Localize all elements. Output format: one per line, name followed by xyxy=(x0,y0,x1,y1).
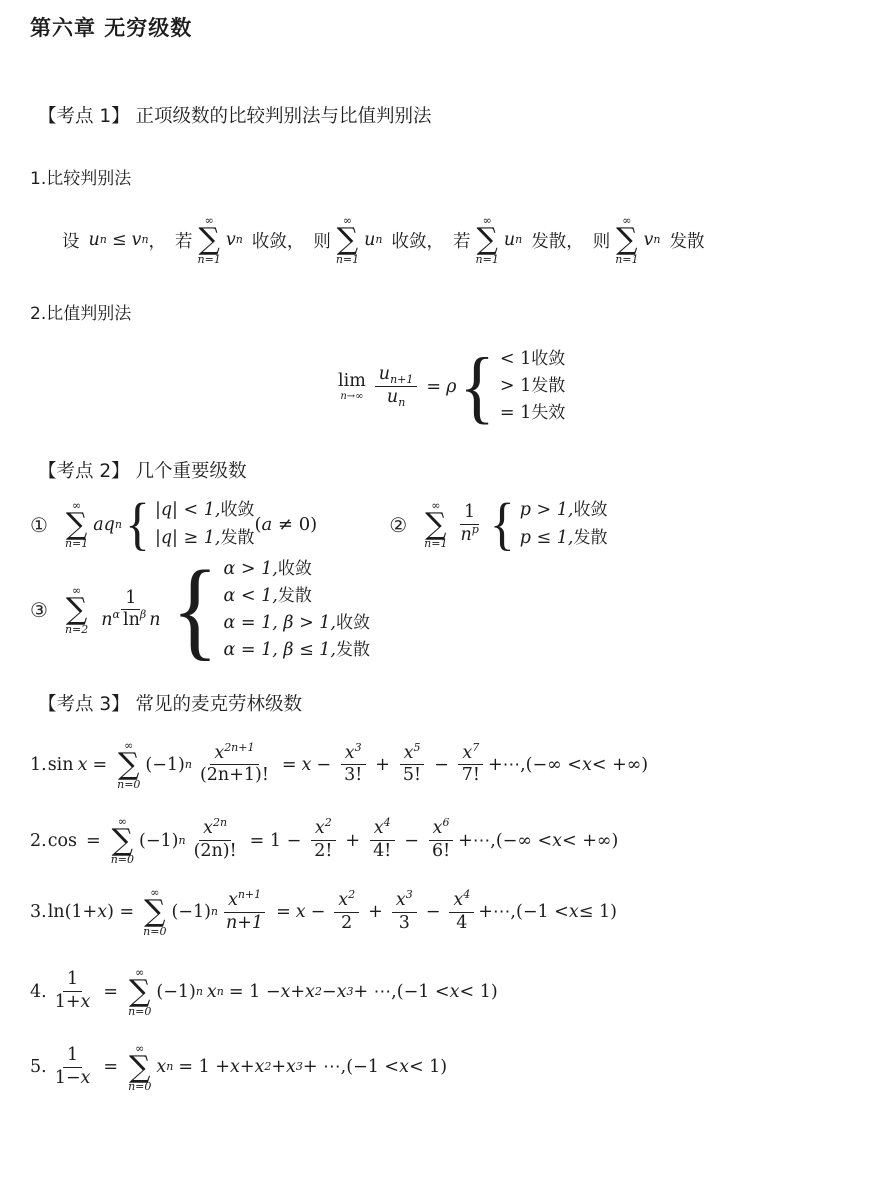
math-sup: 2 xyxy=(348,888,355,901)
math-token: 则 xyxy=(593,228,611,253)
maclaurin-line-1: 1. sin x = ∞ ∑ n=0 (−1)n x2n+1 (2n+1)! =… xyxy=(30,740,840,790)
math-sup: 2n+1 xyxy=(224,741,254,754)
sigma-symbol: ∑ xyxy=(118,751,139,779)
math-token: x xyxy=(81,992,91,1012)
math-token: (−∞ < xyxy=(526,755,582,775)
sigma-symbol: ∑ xyxy=(198,226,219,254)
summation: ∞ ∑ n=2 xyxy=(65,585,88,635)
circled-number-3: ③ xyxy=(30,598,48,622)
sum-lower: n=2 xyxy=(65,624,88,635)
math-token: a xyxy=(261,514,272,535)
sum-lower: n=1 xyxy=(336,254,359,265)
math-token: 收敛 xyxy=(573,500,607,520)
summation: ∞ ∑ n=1 xyxy=(65,500,88,550)
page-title: 第六章 无穷级数 xyxy=(30,12,840,42)
case-line: > 1发散 xyxy=(500,373,565,400)
math-token: = 1 − xyxy=(229,982,281,1002)
math-token: (−1 < xyxy=(346,1057,399,1077)
math-token: x xyxy=(315,818,325,838)
math-token: = xyxy=(282,755,297,775)
fraction: x2n (2n)! xyxy=(190,818,241,863)
circled-number-2: ② xyxy=(389,513,407,537)
math-token: = xyxy=(103,1057,118,1077)
fraction-denominator: (2n+1)! xyxy=(196,765,273,787)
lim-symbol: lim xyxy=(338,372,366,391)
math-token: x xyxy=(286,1057,296,1077)
line-label: 2. xyxy=(30,831,47,851)
limit: lim n→∞ xyxy=(338,372,366,402)
math-token: 若 xyxy=(175,228,193,253)
math-token: = xyxy=(426,377,441,397)
math-token: x xyxy=(254,1057,264,1077)
math-token: x xyxy=(305,982,315,1002)
summation: ∞ ∑ n=0 xyxy=(128,967,151,1017)
math-token: + ⋯, xyxy=(303,1057,346,1077)
sum-lower: n=0 xyxy=(143,926,166,937)
summation: ∞ ∑ n=1 xyxy=(476,215,499,265)
line-label: 4. xyxy=(30,982,47,1002)
fraction: 1 np xyxy=(456,502,482,547)
sum-lower: n=1 xyxy=(198,254,221,265)
case-line: α = 1, β ≤ 1,发散 xyxy=(224,637,370,664)
math-token: α > 1, xyxy=(224,559,278,579)
math-token: < +∞) xyxy=(592,755,648,775)
sigma-symbol: ∑ xyxy=(129,978,150,1006)
fraction-numerator: 1 xyxy=(63,969,82,992)
math-token: = xyxy=(86,831,101,851)
math-sup: β xyxy=(140,608,146,621)
math-token: ) = xyxy=(107,902,134,922)
fraction: x4 4 xyxy=(449,890,474,935)
maclaurin-line-3: 3. ln(1+x) = ∞ ∑ n=0 (−1)n xn+1 n+1 = x … xyxy=(30,887,840,937)
math-sup: 4 xyxy=(463,888,470,901)
math-token: x xyxy=(453,890,463,910)
math-token: 发散 xyxy=(531,376,565,396)
math-token: x xyxy=(97,902,107,922)
math-token: x xyxy=(569,902,579,922)
case-line: α < 1,发散 xyxy=(224,583,370,610)
fraction: x2n+1 (2n+1)! xyxy=(196,743,273,788)
math-token: x xyxy=(345,743,355,763)
math-token: ln xyxy=(123,610,140,630)
math-token: x xyxy=(404,743,414,763)
math-token: 收敛 xyxy=(531,349,565,369)
math-token: − xyxy=(426,902,441,922)
sigma-symbol: ∑ xyxy=(476,226,497,254)
case-line: |q| < 1,收敛 xyxy=(155,497,254,524)
math-token: (−1) xyxy=(156,982,195,1002)
important-series-row: ① ∞ ∑ n=1 aqn { |q| < 1,收敛 |q| ≥ 1,发散 (a… xyxy=(30,497,840,551)
math-token: = 1 xyxy=(500,403,531,423)
math-token: + xyxy=(375,755,390,775)
fraction-denominator: 3! xyxy=(340,765,366,787)
math-token: n xyxy=(101,610,112,630)
math-token: 则 xyxy=(313,228,331,253)
math-token: α < 1, xyxy=(224,586,278,606)
case-line: p > 1,收敛 xyxy=(520,497,608,524)
cases-group: { |q| < 1,收敛 |q| ≥ 1,发散 xyxy=(125,497,254,551)
math-token: 1− xyxy=(55,1068,81,1088)
math-token: ≠ 0) xyxy=(272,514,317,535)
sum-lower: n=0 xyxy=(111,854,134,865)
condition-group: (a ≠ 0) xyxy=(254,514,317,535)
line-label: 1. xyxy=(30,755,47,775)
math-token: 发散 xyxy=(220,528,254,548)
fraction-denominator: 2 xyxy=(337,913,356,935)
math-token: p ≤ 1, xyxy=(520,528,574,548)
math-token: x xyxy=(399,1057,409,1077)
fraction-numerator: x2n+1 xyxy=(210,743,258,766)
case-line: α > 1,收敛 xyxy=(224,556,370,583)
math-token: +⋯, xyxy=(488,755,526,775)
fraction: xn+1 n+1 xyxy=(222,890,267,935)
fraction-numerator: x3 xyxy=(341,743,366,766)
summation: ∞ ∑ n=1 xyxy=(424,500,447,550)
math-sub: n+1 xyxy=(390,373,413,386)
fraction-numerator: x5 xyxy=(400,743,425,766)
math-token: α = 1, β ≤ 1, xyxy=(224,640,336,660)
cases-lines: < 1收敛 > 1发散 = 1失效 xyxy=(500,346,565,427)
math-token: x xyxy=(78,755,88,775)
math-token: − xyxy=(322,982,337,1002)
fraction-denominator: 5! xyxy=(399,765,425,787)
maclaurin-line-2: 2. cos = ∞ ∑ n=0 (−1)n x2n (2n)! = 1 − x… xyxy=(30,816,840,866)
math-token: |q| ≥ 1, xyxy=(155,528,220,548)
summation: ∞ ∑ n=0 xyxy=(117,740,140,790)
fraction-denominator: n+1 xyxy=(222,913,267,935)
math-token: n xyxy=(149,610,160,630)
sigma-symbol: ∑ xyxy=(337,226,358,254)
fraction-denominator: 1+x xyxy=(51,992,95,1014)
math-token: = xyxy=(103,982,118,1002)
math-token: − xyxy=(404,831,419,851)
math-token: x xyxy=(230,1057,240,1077)
math-token: x xyxy=(81,1068,91,1088)
math-token: + xyxy=(271,1057,286,1077)
math-token: 发散 xyxy=(573,528,607,548)
math-sup: 7 xyxy=(472,741,479,754)
section-heading-1: 【考点 1】 正项级数的比较判别法与比值判别法 xyxy=(38,102,840,128)
cases-group: { α > 1,收敛 α < 1,发散 α = 1, β > 1,收敛 α = … xyxy=(171,556,370,665)
fraction: x3 3! xyxy=(340,743,366,788)
math-token: 收敛， xyxy=(392,228,445,253)
math-sub: n xyxy=(398,396,405,409)
summation: ∞ ∑ n=0 xyxy=(143,887,166,937)
sum-lower: n=0 xyxy=(128,1006,151,1017)
math-token: aq xyxy=(93,515,115,535)
fraction-denominator: 6! xyxy=(428,841,454,863)
fraction-numerator: un+1 xyxy=(375,364,418,387)
cases-lines: p > 1,收敛 p ≤ 1,发散 xyxy=(520,497,608,551)
math-token: x xyxy=(337,982,347,1002)
math-token: 收敛 xyxy=(220,500,254,520)
sum-lower: n=1 xyxy=(424,538,447,549)
math-token: x xyxy=(582,755,592,775)
math-sup: 2 xyxy=(325,816,332,829)
cases-group: { p > 1,收敛 p ≤ 1,发散 xyxy=(490,497,608,551)
math-token: v xyxy=(132,230,142,250)
math-sup: 3 xyxy=(355,741,362,754)
fraction-numerator: x2 xyxy=(311,818,336,841)
sigma-symbol: ∑ xyxy=(425,511,446,539)
math-token: < 1) xyxy=(409,1057,447,1077)
fraction: 1 nαlnβn xyxy=(97,588,164,633)
math-token: − xyxy=(316,755,331,775)
fraction: x5 5! xyxy=(399,743,425,788)
subheading-ratio-test: 2.比值判别法 xyxy=(30,299,840,324)
math-token: 设 xyxy=(62,228,80,253)
math-token: ρ xyxy=(446,377,456,397)
document-page: 第六章 无穷级数 【考点 1】 正项级数的比较判别法与比值判别法 1.比较判别法… xyxy=(0,0,880,1092)
math-token: x xyxy=(207,982,217,1002)
fraction-denominator: np xyxy=(456,525,482,547)
series-item-3: ③ ∞ ∑ n=2 1 nαlnβn { α > 1,收敛 α < 1,发散 α… xyxy=(30,556,840,665)
comparison-test-formula: 设 un ≤ vn ， 若 ∞ ∑ n=1 vn 收敛， 则 ∞ ∑ n=1 u… xyxy=(30,207,840,273)
sum-lower: n=1 xyxy=(65,538,88,549)
fraction: x7 7! xyxy=(458,743,484,788)
math-token: ln(1+ xyxy=(48,902,98,922)
math-sup: 2n xyxy=(213,816,227,829)
math-token: 发散 xyxy=(336,640,370,660)
math-token: x xyxy=(203,818,213,838)
maclaurin-line-4: 4. 1 1+x = ∞ ∑ n=0 (−1)n xn = 1 − x + x2… xyxy=(30,967,840,1017)
math-token: + xyxy=(368,902,383,922)
fraction-denominator: nαlnβn xyxy=(97,610,164,632)
math-token: 发散 xyxy=(670,228,705,253)
math-token: x xyxy=(280,982,290,1002)
math-token: x xyxy=(156,1057,166,1077)
math-sup: 3 xyxy=(406,888,413,901)
cases-group: { < 1收敛 > 1发散 = 1失效 xyxy=(459,346,565,427)
fraction: 1 1+x xyxy=(51,969,95,1014)
math-token: − xyxy=(434,755,449,775)
cases-lines: α > 1,收敛 α < 1,发散 α = 1, β > 1,收敛 α = 1,… xyxy=(224,556,370,665)
fraction-numerator: 1 xyxy=(121,588,140,611)
math-token: 1+ xyxy=(55,992,81,1012)
fraction-numerator: xn+1 xyxy=(224,890,265,913)
lim-subscript: n→∞ xyxy=(340,391,363,402)
math-token: + xyxy=(345,831,360,851)
math-token: v xyxy=(226,230,236,250)
math-token: x xyxy=(214,743,224,763)
math-sup: 6 xyxy=(442,816,449,829)
math-token: (−1) xyxy=(171,902,210,922)
math-token: 失效 xyxy=(531,403,565,423)
fraction-denominator: 3 xyxy=(395,913,414,935)
math-token: x xyxy=(462,743,472,763)
series-item-2: ② ∞ ∑ n=1 1 np { p > 1,收敛 p ≤ 1,发散 xyxy=(389,497,607,551)
case-line: |q| ≥ 1,发散 xyxy=(155,525,254,552)
math-token: x xyxy=(450,982,460,1002)
math-token: (−1 < xyxy=(397,982,450,1002)
math-token: = 1 + xyxy=(178,1057,230,1077)
fraction-numerator: x6 xyxy=(429,818,454,841)
math-sup: α xyxy=(113,608,120,621)
math-token: ≤ xyxy=(112,230,127,250)
math-token: x xyxy=(552,831,562,851)
math-token: 收敛 xyxy=(278,559,312,579)
math-token: u xyxy=(387,387,398,407)
math-token: x xyxy=(302,755,312,775)
summation: ∞ ∑ n=1 xyxy=(336,215,359,265)
fraction-denominator: 4 xyxy=(452,913,471,935)
math-token: (−1 < xyxy=(516,902,569,922)
math-token: v xyxy=(644,230,654,250)
subheading-comparison-test: 1.比较判别法 xyxy=(30,164,840,189)
summation: ∞ ∑ n=0 xyxy=(111,816,134,866)
math-token: < +∞) xyxy=(562,831,618,851)
line-label: 5. xyxy=(30,1057,47,1077)
sigma-symbol: ∑ xyxy=(112,827,133,855)
sigma-symbol: ∑ xyxy=(66,596,87,624)
fraction-numerator: x4 xyxy=(370,818,395,841)
math-token: < 1 xyxy=(500,349,531,369)
math-token: + ⋯, xyxy=(353,982,396,1002)
fraction-numerator: x7 xyxy=(458,743,483,766)
math-token: ， xyxy=(149,228,167,253)
fraction: x4 4! xyxy=(369,818,395,863)
fraction: x2 2! xyxy=(310,818,336,863)
math-token: (−1) xyxy=(139,831,178,851)
math-token: u xyxy=(89,230,100,250)
math-token: 收敛， xyxy=(252,228,305,253)
fraction-denominator: 4! xyxy=(369,841,395,863)
series-item-1: ① ∞ ∑ n=1 aqn { |q| < 1,收敛 |q| ≥ 1,发散 (a… xyxy=(30,497,317,551)
fraction-numerator: x4 xyxy=(449,890,474,913)
sum-lower: n=1 xyxy=(476,254,499,265)
fraction-numerator: x2 xyxy=(334,890,359,913)
math-token: u xyxy=(364,230,375,250)
math-token: − xyxy=(311,902,326,922)
fraction: un+1 un xyxy=(375,364,418,409)
math-token: 发散 xyxy=(278,586,312,606)
math-token: +⋯, xyxy=(478,902,516,922)
sum-lower: n=0 xyxy=(128,1081,151,1092)
math-sup: p xyxy=(472,523,479,536)
fraction-denominator: 1−x xyxy=(51,1068,95,1090)
sigma-symbol: ∑ xyxy=(66,511,87,539)
math-token: + xyxy=(290,982,305,1002)
math-token: = xyxy=(276,902,291,922)
fraction-numerator: x2n xyxy=(199,818,231,841)
math-token: x xyxy=(228,890,238,910)
math-token: u xyxy=(504,230,515,250)
fraction-denominator: 7! xyxy=(458,765,484,787)
math-token: +⋯, xyxy=(458,831,496,851)
summation: ∞ ∑ n=0 xyxy=(128,1043,151,1093)
line-label: 3. xyxy=(30,902,47,922)
fraction-numerator: 1 xyxy=(460,502,479,525)
math-token: + xyxy=(240,1057,255,1077)
math-token: 收敛 xyxy=(336,613,370,633)
math-token: < 1) xyxy=(459,982,497,1002)
math-token: cos xyxy=(48,831,77,851)
math-token: x xyxy=(433,818,443,838)
summation: ∞ ∑ n=1 xyxy=(615,215,638,265)
math-sup: 5 xyxy=(413,741,420,754)
fraction: 1 1−x xyxy=(51,1045,95,1090)
math-token: = 1 − xyxy=(250,831,302,851)
math-token: α = 1, β > 1, xyxy=(224,613,336,633)
math-token: x xyxy=(396,890,406,910)
fraction: x3 3 xyxy=(392,890,417,935)
fraction-denominator: (2n)! xyxy=(190,841,241,863)
math-token: 若 xyxy=(453,228,471,253)
math-token: |q| < 1, xyxy=(155,500,220,520)
math-token: n xyxy=(460,525,471,545)
math-token: (−1) xyxy=(145,755,184,775)
math-token: 发散， xyxy=(531,228,584,253)
fraction: x6 6! xyxy=(428,818,454,863)
case-line: < 1收敛 xyxy=(500,346,565,373)
math-token: x xyxy=(338,890,348,910)
math-token: u xyxy=(379,364,390,384)
math-token: x xyxy=(296,902,306,922)
case-line: α = 1, β > 1,收敛 xyxy=(224,610,370,637)
section-heading-3: 【考点 3】 常见的麦克劳林级数 xyxy=(38,690,840,716)
sigma-symbol: ∑ xyxy=(144,898,165,926)
math-token: p > 1, xyxy=(520,500,574,520)
case-line: p ≤ 1,发散 xyxy=(520,525,608,552)
fraction-numerator: 1 xyxy=(63,1045,82,1068)
math-token: x xyxy=(374,818,384,838)
math-token: (−∞ < xyxy=(496,831,552,851)
case-line: = 1失效 xyxy=(500,400,565,427)
math-sup: n+1 xyxy=(238,888,261,901)
math-token: ≤ 1) xyxy=(579,902,617,922)
summation: ∞ ∑ n=1 xyxy=(198,215,221,265)
cases-lines: |q| < 1,收敛 |q| ≥ 1,发散 xyxy=(155,497,254,551)
ratio-test-formula: lim n→∞ un+1 un = ρ { < 1收敛 > 1发散 = 1失效 xyxy=(338,346,565,427)
math-token: sin xyxy=(48,755,74,775)
fraction: x2 2 xyxy=(334,890,359,935)
sum-lower: n=1 xyxy=(615,254,638,265)
maclaurin-line-5: 5. 1 1−x = ∞ ∑ n=0 xn = 1 + x + x2 + x3 … xyxy=(30,1043,840,1093)
fraction-numerator: x3 xyxy=(392,890,417,913)
math-token: = xyxy=(92,755,107,775)
sigma-symbol: ∑ xyxy=(616,226,637,254)
section-heading-2: 【考点 2】 几个重要级数 xyxy=(38,457,840,483)
fraction-denominator: un xyxy=(383,387,409,409)
sigma-symbol: ∑ xyxy=(129,1054,150,1082)
fraction-denominator: 2! xyxy=(310,841,336,863)
math-token: > 1 xyxy=(500,376,531,396)
circled-number-1: ① xyxy=(30,513,48,537)
math-sup: 4 xyxy=(384,816,391,829)
sum-lower: n=0 xyxy=(117,779,140,790)
